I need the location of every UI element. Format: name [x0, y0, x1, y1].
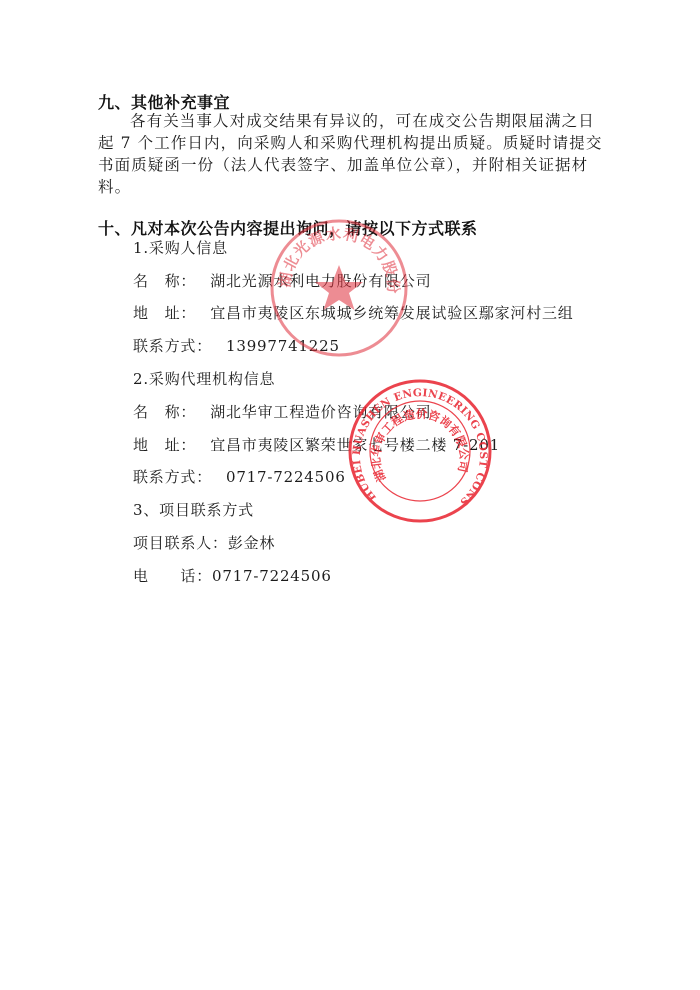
paragraph-line: 书面质疑函一份（法人代表签字、加盖单位公章），并附相关证据材 — [98, 154, 588, 176]
purchaser-contact-label: 联系方式： — [133, 336, 212, 356]
project-person-row: 项目联系人：彭金林 — [133, 533, 275, 553]
purchaser-name-value: 湖北光源水利电力股份有限公司 — [210, 272, 431, 290]
purchaser-name-label: 名 称： — [133, 271, 196, 291]
purchaser-name-row: 名 称：湖北光源水利电力股份有限公司 — [133, 271, 431, 291]
agency-contact-row: 联系方式：0717-7224506 — [133, 467, 346, 487]
agency-contact-label: 联系方式： — [133, 467, 212, 487]
purchaser-info-title: 1.采购人信息 — [133, 238, 228, 258]
project-phone-value: 0717-7224506 — [212, 567, 332, 585]
section-9-paragraph: 各有关当事人对成交结果有异议的，可在成交公告期限届满之日 起 7 个工作日内，向… — [98, 110, 588, 198]
document-page: 九、其他补充事宜 各有关当事人对成交结果有异议的，可在成交公告期限届满之日 起 … — [0, 0, 700, 990]
purchaser-address-value: 宜昌市夷陵区东城城乡统筹发展试验区鄢家河村三组 — [210, 304, 573, 322]
agency-address-row: 地 址：宜昌市夷陵区繁荣世家七号楼二楼 7-201 — [133, 435, 500, 455]
agency-name-row: 名 称：湖北华审工程造价咨询有限公司 — [133, 402, 431, 422]
agency-contact-value: 0717-7224506 — [226, 468, 346, 486]
agency-name-label: 名 称： — [133, 402, 196, 422]
agency-name-value: 湖北华审工程造价咨询有限公司 — [210, 403, 431, 421]
paragraph-line: 起 7 个工作日内，向采购人和采购代理机构提出质疑。质疑时请提交 — [98, 132, 588, 154]
purchaser-contact-value: 13997741225 — [226, 337, 340, 355]
agency-address-value: 宜昌市夷陵区繁荣世家七号楼二楼 7-201 — [210, 436, 500, 454]
project-contact-title: 3、项目联系方式 — [133, 500, 254, 520]
project-person-label: 项目联系人： — [133, 533, 228, 553]
paragraph-line: 各有关当事人对成交结果有异议的，可在成交公告期限届满之日 — [98, 110, 588, 132]
paragraph-line: 料。 — [98, 176, 588, 198]
agency-address-label: 地 址： — [133, 435, 196, 455]
agency-info-title: 2.采购代理机构信息 — [133, 369, 275, 389]
purchaser-address-label: 地 址： — [133, 303, 196, 323]
project-phone-label: 电 话： — [133, 566, 212, 586]
project-person-value: 彭金林 — [228, 534, 275, 552]
project-phone-row: 电 话：0717-7224506 — [133, 566, 332, 586]
section-10-heading: 十、凡对本次公告内容提出询问，请按以下方式联系 — [98, 216, 478, 239]
purchaser-address-row: 地 址：宜昌市夷陵区东城城乡统筹发展试验区鄢家河村三组 — [133, 303, 574, 323]
purchaser-contact-row: 联系方式：13997741225 — [133, 336, 340, 356]
